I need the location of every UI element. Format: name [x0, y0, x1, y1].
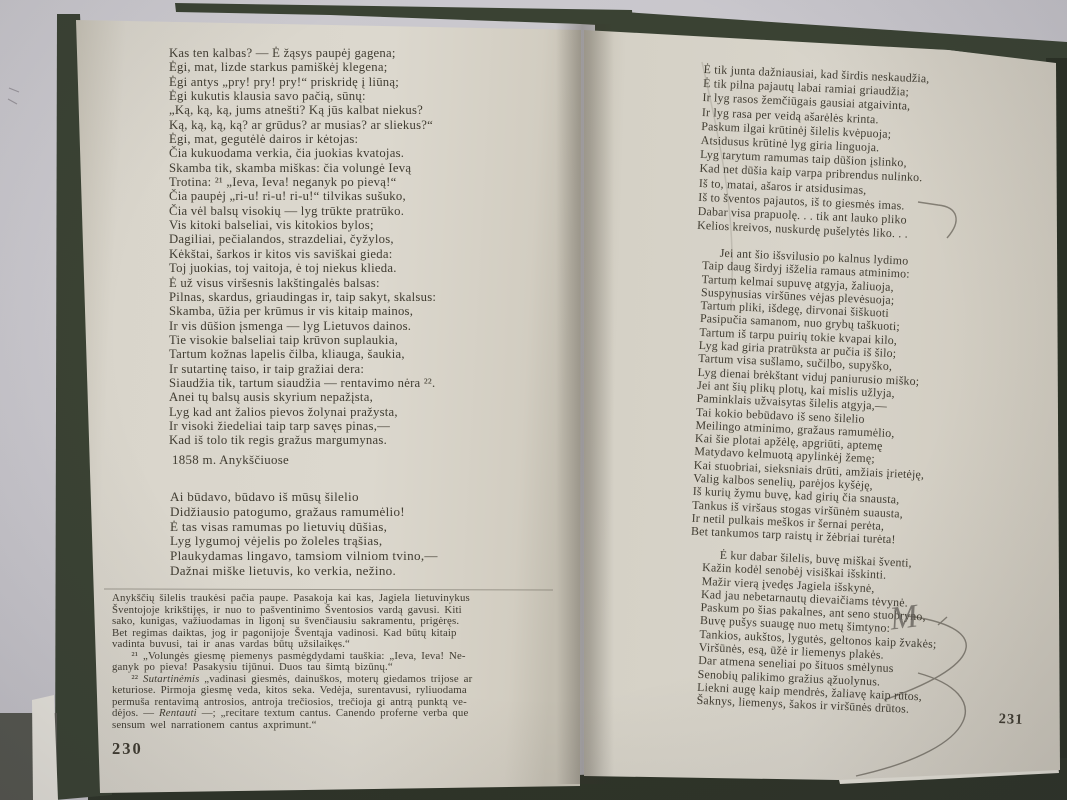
right-poem-stanza-2: Jei ant šio išsvilusio po kalnus lydimoT…: [691, 246, 934, 548]
text-line: Trotina: ²¹ „Ieva, Ieva! neganyk po piev…: [169, 175, 436, 189]
page-stack-edge-left: [32, 695, 58, 800]
text-line: Ė tas visas ramumas po lietuvių dūšias,: [170, 520, 438, 535]
text-line: Skamba, ūžia per krūmus ir vis kitaip ma…: [169, 304, 436, 318]
text-line: Ir visoki žiedeliai taip tarp savęs pina…: [169, 419, 436, 433]
text-line: Pilnas, skardus, griaudingas ir, taip sa…: [169, 290, 436, 304]
book-photo: Kas ten kalbas? — Ė žąsys paupėj gagena;…: [0, 0, 1067, 800]
text-line: Čia vėl balsų visokių — lyg trūkte pratr…: [169, 204, 436, 218]
text-line: vadinta buvusi, tai ir anas vardas būtų …: [112, 639, 564, 651]
text-line: Čia kukuodama verkia, čia juokias kvatoj…: [169, 146, 436, 160]
text-line: Dažnai miške lietuvis, ko verkia, nežino…: [170, 564, 438, 579]
page-gutter: [556, 24, 614, 784]
text-line: Ėgi, mat, lizde starkus pamiškėj klegena…: [169, 60, 436, 74]
text-line: Ai būdavo, būdavo iš mūsų šilelio: [170, 490, 438, 505]
text-line: Anei tų balsų ausis skyrium nepažįsta,: [169, 390, 436, 404]
left-poem-stanza-2: Ai būdavo, būdavo iš mūsų šilelioDidžiau…: [170, 490, 438, 579]
left-page-number: 230: [112, 739, 143, 759]
text-line: „Ką, ką, ką, jums atnešti? Ką jūs kalbat…: [169, 103, 436, 117]
left-poem-stanza-1: Kas ten kalbas? — Ė žąsys paupėj gagena;…: [169, 46, 436, 448]
text-line: Anykščių šilelis traukėsi pačia paupe. P…: [112, 593, 564, 605]
text-line: Kėkštai, šarkos ir kitos vis saviškai gi…: [169, 247, 436, 261]
text-line: Kad iš tolo tik regis gražus margumynas.: [169, 433, 436, 447]
text-line: Dagiliai, pečialandos, strazdeliai, čyžy…: [169, 232, 436, 246]
text-line: Ėgi kukutis klausia savo pačią, sūnų:: [169, 89, 436, 103]
text-line: Čia paupėj „ri-u! ri-u! ri-u!“ tilvikas …: [169, 189, 436, 203]
text-line: Tie visokie balseliai taip krūvon suplau…: [169, 333, 436, 347]
text-line: Didžiausio patogumo, gražaus ramumėlio!: [170, 505, 438, 520]
text-line: Plaukydamas lingavo, tamsiom vilniom tvi…: [170, 549, 438, 564]
text-line: Vis kitoki balseliai, vis kitokios bylos…: [169, 218, 436, 232]
text-line: Kas ten kalbas? — Ė žąsys paupėj gagena;: [169, 46, 436, 60]
text-line: sensum wel narrationem cantus axprimunt.…: [112, 720, 564, 732]
text-line: Skamba tik, skamba miškas: čia volungė I…: [169, 161, 436, 175]
text-line: sako, kunigas, važiuodamas in ligonį su …: [112, 616, 564, 628]
text-line: Ėgi, mat, gegutėlė dairos ir kėtojas:: [169, 132, 436, 146]
text-line: Toj juokias, toj vaitoja, ė toj niekus k…: [169, 261, 436, 275]
text-line: Siaudžia tik, tartum siaudžia — rentavim…: [169, 376, 436, 390]
footnote-block: Anykščių šilelis traukėsi pačia paupe. P…: [112, 593, 564, 732]
text-line: Tartum kožnas lapelis čilba, kliauga, ša…: [169, 347, 436, 361]
text-line: Ir sutartinę taiso, ir taip gražiai dera…: [169, 362, 436, 376]
text-line: Ką, ką, ką, ką? ar grūdus? ar musias? ar…: [169, 118, 436, 132]
text-line: Lyg kad ant žalios pievos žolynai pražys…: [169, 405, 436, 419]
pencil-letter-note: M: [888, 598, 920, 638]
right-page-number: 231: [998, 711, 1023, 729]
text-line: Ė už visus viršesnis lakštingalės balsas…: [169, 276, 436, 290]
text-line: Ir vis dūšion įsmenga — lyg Lietuvos dai…: [169, 319, 436, 333]
right-poem-stanza-1: Ė tik junta dažniausiai, kad širdis nesk…: [697, 62, 930, 242]
poem-dateline: 1858 m. Anykščiuose: [172, 453, 289, 468]
text-line: Ėgi antys „pry! pry! pry!“ priskridę į l…: [169, 75, 436, 89]
text-line: Lyg lygumoj vėjelis po žoleles trąšias,: [170, 534, 438, 549]
